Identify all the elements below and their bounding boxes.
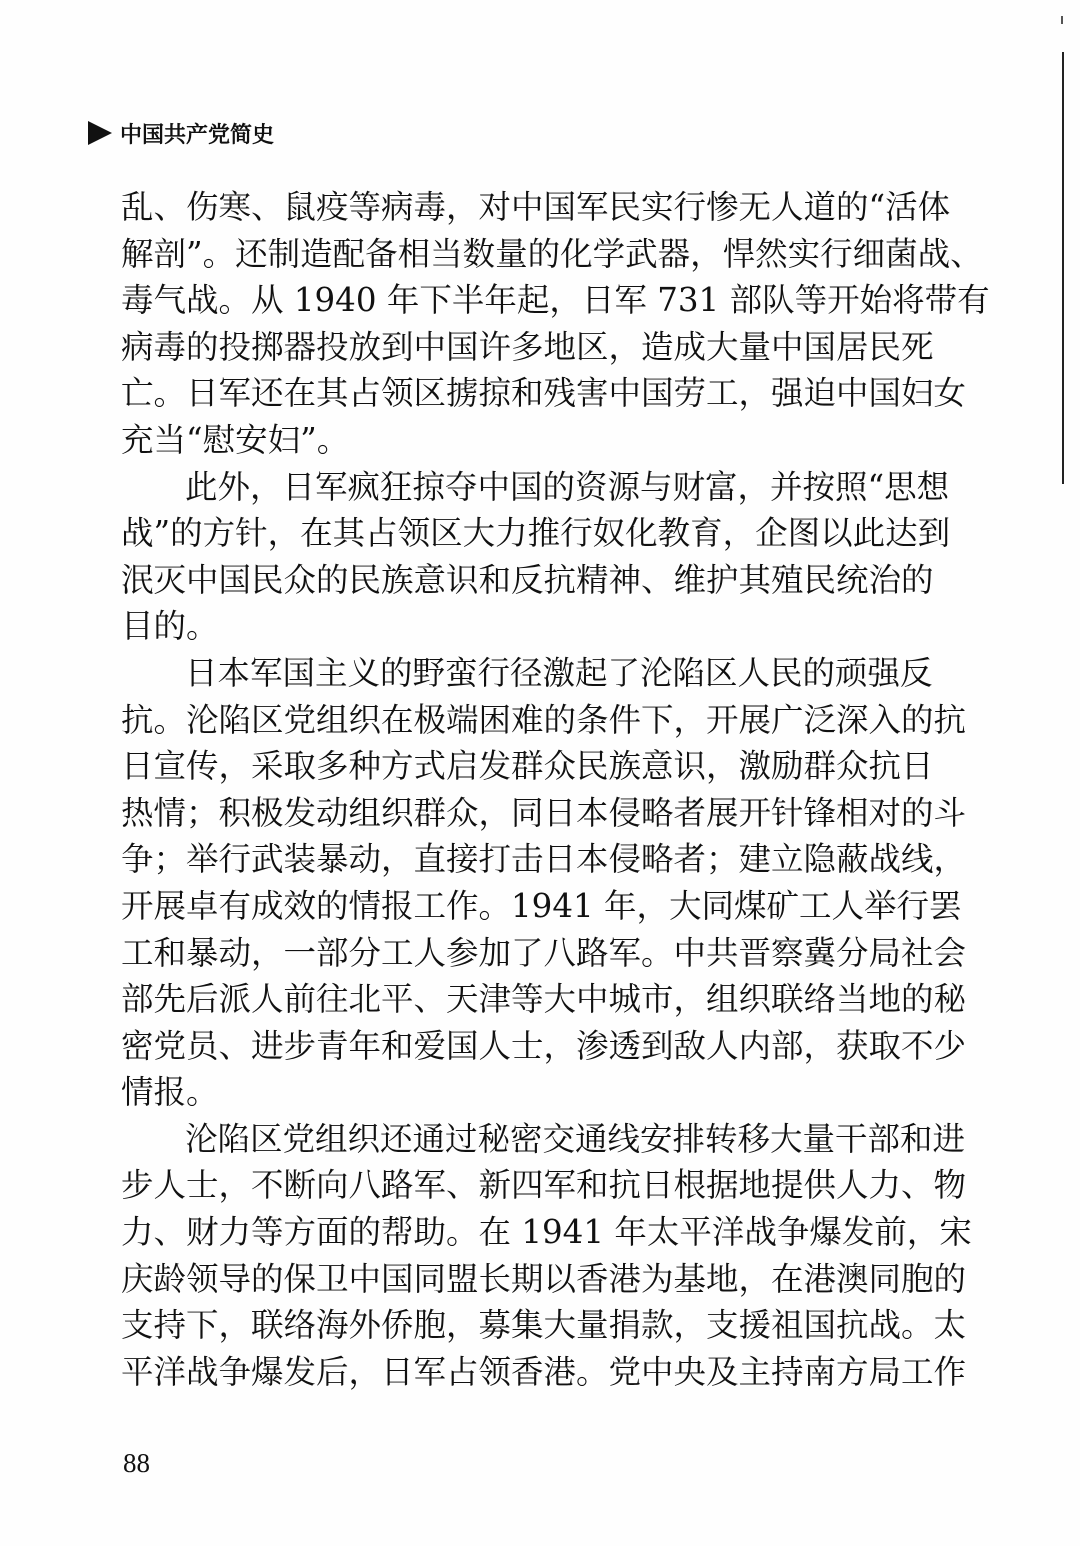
text-line: 病毒的投掷器投放到中国许多地区，造成大量中国居民死 — [121, 324, 909, 371]
text-line: 抗。沦陷区党组织在极端困难的条件下，开展广泛深入的抗 — [121, 697, 909, 744]
text-line: 开展卓有成效的情报工作。1941 年，大同煤矿工人举行罢 — [121, 883, 909, 930]
text-line: 情报。 — [121, 1069, 909, 1116]
text-line: 此外，日军疯狂掠夺中国的资源与财富，并按照“思想 — [121, 464, 909, 511]
text-line: 支持下，联络海外侨胞，募集大量捐款，支援祖国抗战。太 — [121, 1302, 909, 1349]
text-line: 步人士，不断向八路军、新四军和抗日根据地提供人力、物 — [121, 1162, 909, 1209]
text-line: 平洋战争爆发后，日军占领香港。党中央及主持南方局工作 — [121, 1349, 909, 1396]
running-header: 中国共产党简史 — [88, 116, 274, 150]
text-line: 泯灭中国民众的民族意识和反抗精神、维护其殖民统治的 — [121, 557, 909, 604]
text-line: 密党员、进步青年和爱国人士，渗透到敌人内部，获取不少 — [121, 1023, 909, 1070]
text-line: 目的。 — [121, 603, 909, 650]
scan-speck — [944, 1125, 946, 1127]
paragraph: 乱、伤寒、鼠疫等病毒，对中国军民实行惨无人道的“活体 解剖”。还制造配备相当数量… — [121, 184, 909, 464]
page-number: 88 — [123, 1448, 150, 1479]
text-line: 毒气战。从 1940 年下半年起，日军 731 部队等开始将带有 — [121, 277, 909, 324]
text-line: 部先后派人前往北平、天津等大中城市，组织联络当地的秘 — [121, 976, 909, 1023]
text-line: 庆龄领导的保卫中国同盟长期以香港为基地，在港澳同胞的 — [121, 1256, 909, 1303]
triangle-right-icon — [88, 121, 112, 145]
text-line: 力、财力等方面的帮助。在 1941 年太平洋战争爆发前，宋 — [121, 1209, 909, 1256]
text-line: 争；举行武装暴动，直接打击日本侵略者；建立隐蔽战线， — [121, 836, 909, 883]
page-gutter-line — [1062, 52, 1064, 484]
text-line: 沦陷区党组织还通过秘密交通线安排转移大量干部和进 — [121, 1116, 909, 1163]
paragraph: 此外，日军疯狂掠夺中国的资源与财富，并按照“思想 战”的方针，在其占领区大力推行… — [121, 464, 909, 650]
text-line: 日宣传，采取多种方式启发群众民族意识，激励群众抗日 — [121, 743, 909, 790]
paragraph: 日本军国主义的野蛮行径激起了沦陷区人民的顽强反 抗。沦陷区党组织在极端困难的条件… — [121, 650, 909, 1116]
text-line: 解剖”。还制造配备相当数量的化学武器，悍然实行细菌战、 — [121, 231, 909, 278]
paragraph: 沦陷区党组织还通过秘密交通线安排转移大量干部和进 步人士，不断向八路军、新四军和… — [121, 1116, 909, 1396]
text-line: 乱、伤寒、鼠疫等病毒，对中国军民实行惨无人道的“活体 — [121, 184, 909, 231]
text-line: 热情；积极发动组织群众，同日本侵略者展开针锋相对的斗 — [121, 790, 909, 837]
body-text: 乱、伤寒、鼠疫等病毒，对中国军民实行惨无人道的“活体 解剖”。还制造配备相当数量… — [121, 184, 909, 1395]
scan-edge-mark — [1061, 16, 1063, 24]
text-line: 日本军国主义的野蛮行径激起了沦陷区人民的顽强反 — [121, 650, 909, 697]
text-line: 工和暴动，一部分工人参加了八路军。中共晋察冀分局社会 — [121, 930, 909, 977]
book-page: 中国共产党简史 乱、伤寒、鼠疫等病毒，对中国军民实行惨无人道的“活体 解剖”。还… — [0, 0, 1080, 1546]
book-title: 中国共产党简史 — [120, 118, 274, 149]
text-line: 亡。日军还在其占领区掳掠和残害中国劳工，强迫中国妇女 — [121, 370, 909, 417]
text-line: 战”的方针，在其占领区大力推行奴化教育，企图以此达到 — [121, 510, 909, 557]
text-line: 充当“慰安妇”。 — [121, 417, 909, 464]
